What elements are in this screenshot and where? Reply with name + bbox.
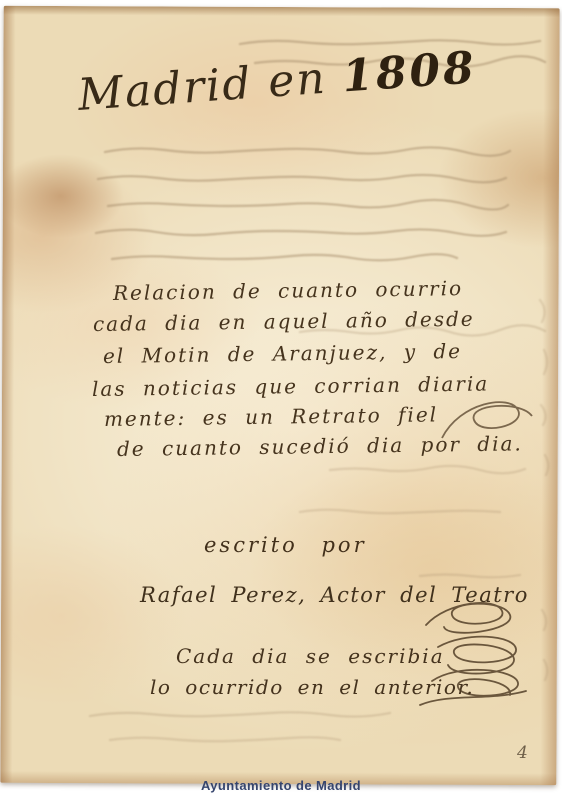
note-line: lo ocurrido en el anterior.	[150, 675, 474, 699]
page-title: Madrid en 1808	[76, 42, 478, 121]
paragraph-line: mente: es un Retrato fiel	[104, 402, 438, 431]
title-text: Madrid en	[76, 52, 344, 121]
title-year: 1808	[341, 42, 479, 102]
written-by-label: escrito por	[204, 533, 367, 557]
archive-watermark: Ayuntamiento de Madrid	[0, 778, 562, 793]
paragraph-line: Relacion de cuanto ocurrio	[113, 276, 463, 305]
paragraph-line: las noticias que corrian diaria	[92, 371, 490, 401]
handwriting-layer: Madrid en 1808 Relacion de cuanto ocurri…	[0, 0, 562, 800]
author-line: Rafael Perez, Actor del Teatro	[140, 583, 529, 607]
paragraph-line: de cuanto sucedió dia por dia.	[117, 431, 523, 461]
paragraph-line: cada dia en aquel año desde	[93, 307, 475, 336]
document-scan: Madrid en 1808 Relacion de cuanto ocurri…	[0, 0, 562, 800]
note-line: Cada dia se escribia	[176, 644, 445, 668]
page-number: 4	[517, 743, 528, 763]
paragraph-line: el Motin de Aranjuez, y de	[103, 339, 462, 368]
